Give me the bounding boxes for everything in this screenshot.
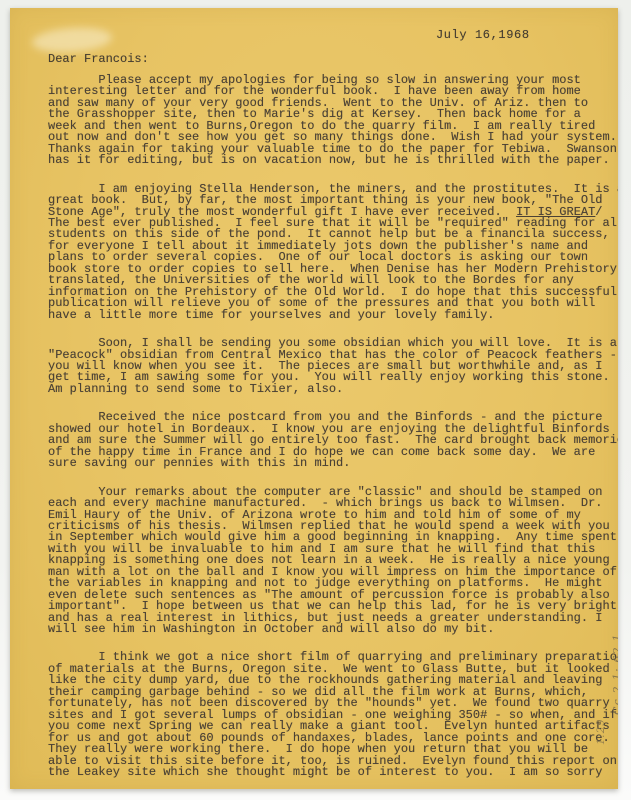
letter-body: Please accept my apologies for being so … — [48, 75, 618, 789]
letter-paragraph: Received the nice postcard from you and … — [48, 412, 618, 469]
letter-paragraph: Please accept my apologies for being so … — [48, 75, 618, 167]
archival-margin-note: 1:29 Cc.2.1: 62.1 — [594, 603, 618, 753]
letter-paragraph: Your remarks about the computer are "cla… — [48, 487, 618, 636]
letter-page: July 16,1968 Dear Francois: Please accep… — [10, 8, 618, 789]
letter-paragraph: Soon, I shall be sending you some obsidi… — [48, 338, 618, 395]
smudge-mark — [31, 25, 112, 55]
letter-paragraph: I think we got a nice short film of quar… — [48, 652, 618, 778]
margin-note-line-secondary: 1:29 — [596, 719, 607, 745]
letter-paragraph: I am enjoying Stella Henderson, the mine… — [48, 184, 618, 321]
letter-date: July 16,1968 — [436, 28, 530, 42]
letter-salutation: Dear Francois: — [48, 52, 149, 66]
margin-note-line-primary: Cc.2.1: 62.1 — [611, 633, 618, 715]
